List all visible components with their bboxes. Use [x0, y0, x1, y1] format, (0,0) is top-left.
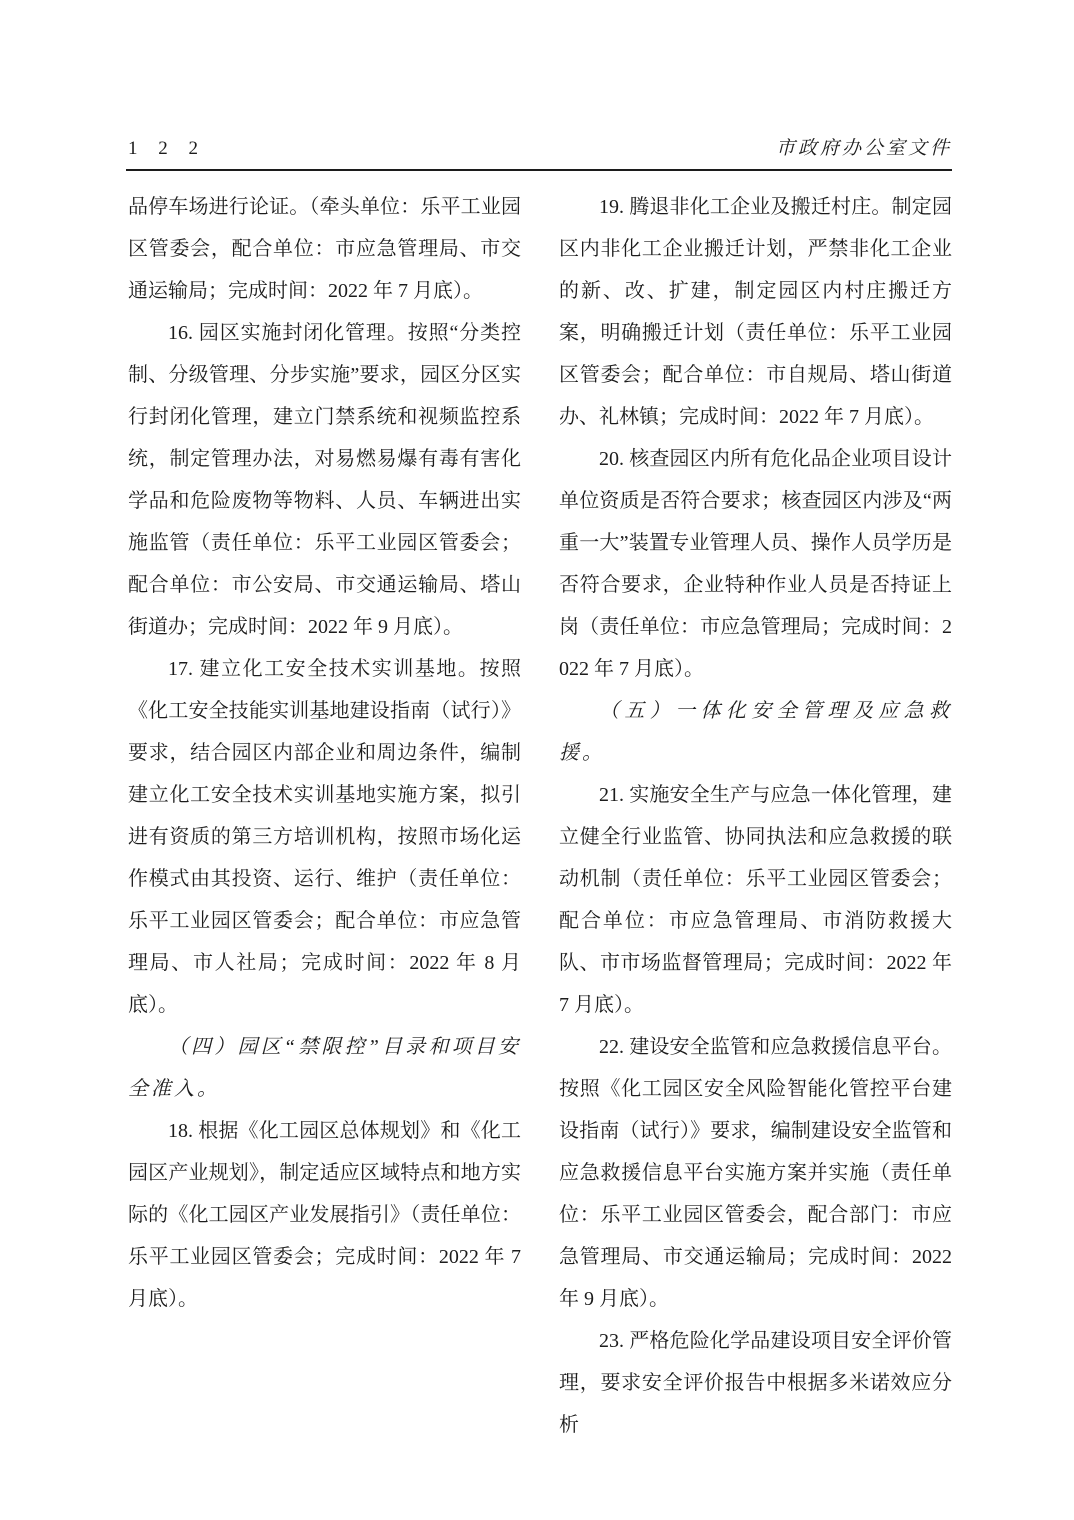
header-divider — [126, 169, 952, 171]
paragraph-item-16: 16. 园区实施封闭化管理。按照“分类控制、分级管理、分步实施”要求，园区分区实… — [128, 312, 521, 648]
document-page: 1 2 2 市政府办公室文件 品停车场进行论证。（牵头单位：乐平工业园区管委会，… — [0, 0, 1074, 1520]
page-header: 1 2 2 市政府办公室文件 — [128, 136, 952, 162]
paragraph-item-18: 18. 根据《化工园区总体规划》和《化工园区产业规划》，制定适应区域特点和地方实… — [128, 1110, 521, 1320]
paragraph-item-21: 21. 实施安全生产与应急一体化管理，建立健全行业监管、协同执法和应急救援的联动… — [559, 774, 952, 1026]
paragraph-item-23: 23. 严格危险化学品建设项目安全评价管理，要求安全评价报告中根据多米诺效应分析 — [559, 1320, 952, 1446]
left-column: 品停车场进行论证。（牵头单位：乐平工业园区管委会，配合单位：市应急管理局、市交通… — [128, 186, 521, 1446]
paragraph-item-17: 17. 建立化工安全技术实训基地。按照《化工安全技能实训基地建设指南（试行）》要… — [128, 648, 521, 1026]
header-title: 市政府办公室文件 — [776, 136, 952, 162]
text-columns: 品停车场进行论证。（牵头单位：乐平工业园区管委会，配合单位：市应急管理局、市交通… — [128, 186, 952, 1446]
paragraph-15-continuation: 品停车场进行论证。（牵头单位：乐平工业园区管委会，配合单位：市应急管理局、市交通… — [128, 186, 521, 312]
right-column: 19. 腾退非化工企业及搬迁村庄。制定园区内非化工企业搬迁计划，严禁非化工企业的… — [559, 186, 952, 1446]
page-number: 1 2 2 — [128, 136, 206, 162]
paragraph-item-22: 22. 建设安全监管和应急救援信息平台。按照《化工园区安全风险智能化管控平台建设… — [559, 1026, 952, 1320]
paragraph-item-20: 20. 核查园区内所有危化品企业项目设计单位资质是否符合要求；核查园区内涉及“两… — [559, 438, 952, 690]
section-heading-5: （五）一体化安全管理及应急救援。 — [559, 690, 952, 774]
section-heading-4: （四）园区“禁限控”目录和项目安全准入。 — [128, 1026, 521, 1110]
paragraph-item-19: 19. 腾退非化工企业及搬迁村庄。制定园区内非化工企业搬迁计划，严禁非化工企业的… — [559, 186, 952, 438]
